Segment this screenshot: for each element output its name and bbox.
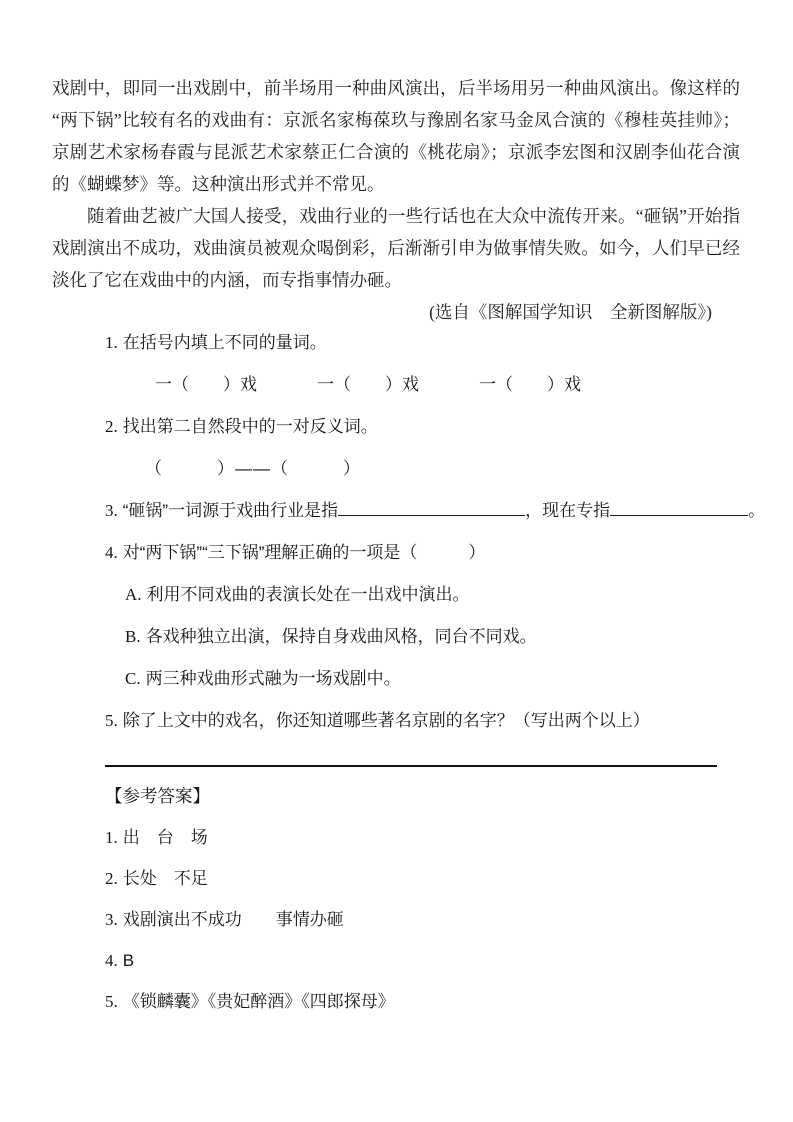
answer-1-text: 出 台 场 [123,828,208,847]
question-2-text: 找出第二自然段中的一对反义词。 [123,417,378,436]
question-5-number: 5. [105,711,118,730]
question-3-mid: ，现在专指 [525,501,610,520]
question-3-prefix: “砸锅”一词源于戏曲行业是指 [123,501,338,520]
question-3-fill-blank-1 [338,500,525,516]
quantifier-blank-1: 一（ ）戏 [155,374,257,396]
question-5-text: 除了上文中的戏名，你还知道哪些著名京剧的名字？（写出两个以上） [123,711,650,730]
passage-source-attribution: (选自《图解国学知识 全新图解版》) [52,296,740,328]
question-4-text: 对“两下锅”“三下锅”理解正确的一项是（ ） [123,543,486,562]
answer-key-section: 【参考答案】 1.出 台 场 2.长处 不足 3.戏剧演出不成功 事情办砸 4.… [105,785,737,1032]
question-2-number: 2. [105,417,118,436]
option-b-text: 各戏种独立出演，保持自身戏曲风格，同台不同戏。 [146,627,537,646]
question-4: 4.对“两下锅”“三下锅”理解正确的一项是（ ） [105,542,737,564]
answer-4-number: 4. [105,951,118,970]
answer-5: 5.《锁麟囊》《贵妃醉酒》《四郎探母》 [105,991,737,1013]
question-5: 5.除了上文中的戏名，你还知道哪些著名京剧的名字？（写出两个以上） [105,710,737,732]
questions-section: 1.在括号内填上不同的量词。 一（ ）戏 一（ ）戏 一（ ）戏 2.找出第二自… [105,332,737,752]
answer-2-number: 2. [105,869,118,888]
question-4-number: 4. [105,543,118,562]
answer-4: 4.B [105,950,737,972]
answer-3: 3.戏剧演出不成功 事情办砸 [105,909,737,931]
answer-3-text: 戏剧演出不成功 事情办砸 [123,910,344,929]
question-3-fill-blank-2 [610,500,748,516]
option-b-label: B. [125,627,141,646]
option-c-label: C. [125,669,141,688]
passage-paragraph-2: 随着曲艺被广大国人接受，戏曲行业的一些行话也在大众中流传开来。“砸锅”开始指戏剧… [52,200,740,296]
answer-key-heading: 【参考答案】 [105,785,737,807]
question-3-suffix: 。 [748,501,765,520]
answer-2-text: 长处 不足 [123,869,208,888]
answer-2: 2.长处 不足 [105,868,737,890]
passage-paragraph-1: 戏剧中，即同一出戏剧中，前半场用一种曲风演出，后半场用另一种曲风演出。像这样的“… [52,72,740,200]
question-2-blank-row: （ ）——（ ） [145,458,737,480]
option-a-text: 利用不同戏曲的表演长处在一出戏中演出。 [147,585,470,604]
answer-1: 1.出 台 场 [105,827,737,849]
quantifier-blank-3: 一（ ）戏 [479,374,581,396]
answer-3-number: 3. [105,910,118,929]
answer-5-text: 《锁麟囊》《贵妃醉酒》《四郎探母》 [123,992,395,1011]
question-1-blank-row: 一（ ）戏 一（ ）戏 一（ ）戏 [155,374,737,396]
answer-1-number: 1. [105,828,118,847]
question-3-number: 3. [105,501,118,520]
section-divider-line [105,765,717,767]
question-4-option-a: A.利用不同戏曲的表演长处在一出戏中演出。 [125,584,737,606]
question-1-number: 1. [105,333,118,352]
question-3: 3.“砸锅”一词源于戏曲行业是指，现在专指。 [105,500,737,522]
question-4-option-c: C.两三种戏曲形式融为一场戏剧中。 [125,668,737,690]
answer-5-number: 5. [105,992,118,1011]
question-2: 2.找出第二自然段中的一对反义词。 [105,416,737,438]
reading-passage: 戏剧中，即同一出戏剧中，前半场用一种曲风演出，后半场用另一种曲风演出。像这样的“… [52,72,740,328]
answer-4-text: B [123,951,134,970]
antonym-pair-blanks: （ ）——（ ） [145,459,361,478]
worksheet-page: 戏剧中，即同一出戏剧中，前半场用一种曲风演出，后半场用另一种曲风演出。像这样的“… [0,0,793,1122]
option-a-label: A. [125,585,142,604]
option-c-text: 两三种戏曲形式融为一场戏剧中。 [146,669,401,688]
question-4-option-b: B.各戏种独立出演，保持自身戏曲风格，同台不同戏。 [125,626,737,648]
question-1: 1.在括号内填上不同的量词。 [105,332,737,354]
question-1-text: 在括号内填上不同的量词。 [123,333,327,352]
quantifier-blank-2: 一（ ）戏 [317,374,419,396]
